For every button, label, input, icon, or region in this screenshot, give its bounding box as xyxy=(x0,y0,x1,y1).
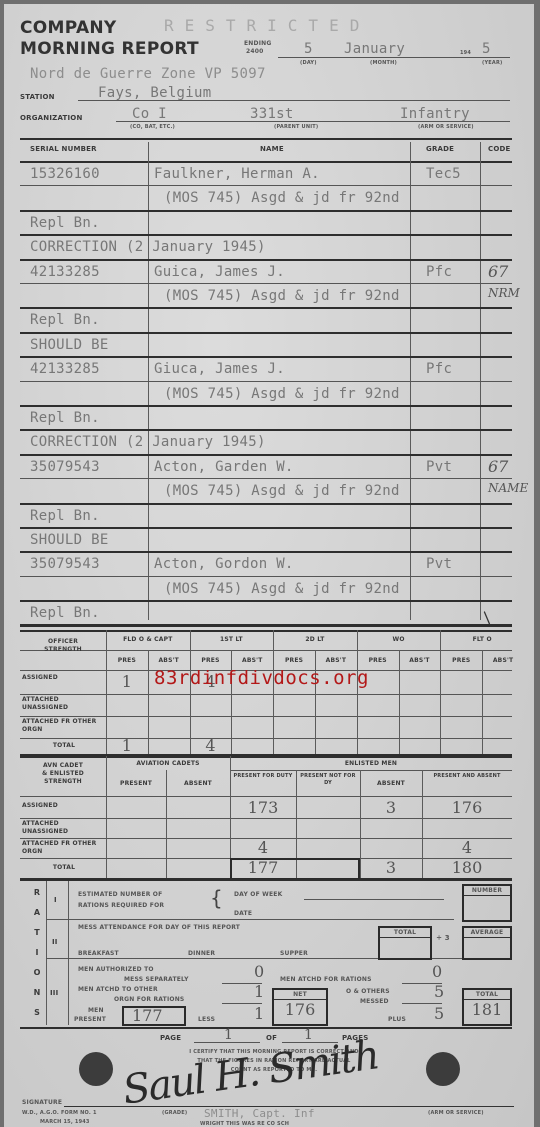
commanding-officer-signature: Saul H. Smith xyxy=(120,1032,381,1113)
roster-row: 15326160Faulkner, Herman A.Tec5 xyxy=(4,162,534,186)
date-label: DATE xyxy=(234,910,252,917)
pres-header: PRES xyxy=(106,657,148,664)
rations-side-letter: R xyxy=(32,888,42,897)
serial-cell: 42133285 xyxy=(30,264,148,280)
organization-label: ORGANIZATION xyxy=(20,114,83,122)
roster-row: (MOS 745) Asgd & jd fr 92ndNAME xyxy=(4,479,534,503)
name-cell: (MOS 745) Asgd & jd fr 92nd xyxy=(164,581,400,597)
grade-cell: Pfc xyxy=(426,361,452,377)
name-cell: Faulkner, Herman A. xyxy=(154,166,320,182)
abst-header: ABS'T xyxy=(482,657,524,664)
org-arm: Infantry xyxy=(400,106,470,122)
enlisted-col-header: ABSENT xyxy=(166,780,230,787)
enlisted-col-header: PRESENT NOT FOR DY xyxy=(296,773,360,787)
report-year-digit: 5 xyxy=(482,41,491,57)
enlisted-row-label: TOTAL xyxy=(22,864,106,872)
pres-header: PRES xyxy=(273,657,315,664)
est-rations-line2: RATIONS REQUIRED FOR xyxy=(78,902,164,909)
rations-side-letter: S xyxy=(32,1008,42,1017)
enlisted-strength-title: & ENLISTED xyxy=(20,770,106,777)
aviation-cadets-header: AVIATION CADETS xyxy=(106,760,230,767)
morning-report-page: COMPANY MORNING REPORT RESTRICTED ENDING… xyxy=(4,4,534,1127)
men-present-box[interactable]: 177 xyxy=(122,1006,186,1026)
name-cell: (MOS 745) Asgd & jd fr 92nd xyxy=(164,190,400,206)
abst-header: ABS'T xyxy=(399,657,441,664)
serial-cell: 15326160 xyxy=(30,166,148,182)
roster-row: 42133285Guica, James J.Pfc67 xyxy=(4,260,534,284)
officer-group-header: FLT O xyxy=(440,636,524,643)
plus-value: 5 xyxy=(434,1004,444,1023)
form-title-line1: COMPANY xyxy=(20,18,117,38)
enlisted-count: 4 xyxy=(422,838,512,857)
typed-name: SMITH, Capt. Inf xyxy=(204,1107,315,1120)
roster-row: 35079543Acton, Garden W.Pvt67 xyxy=(4,455,534,479)
rations-side-letter: A xyxy=(32,908,42,917)
rations-section-iii: III xyxy=(50,989,58,997)
enlisted-row-label: ASSIGNED xyxy=(22,802,106,810)
ending-label: ENDING xyxy=(244,40,271,47)
enlisted-row-label: ATTACHED FR OTHER ORGN xyxy=(22,840,106,856)
auth-mess-value: 0 xyxy=(254,962,264,981)
officer-strength-title: OFFICER xyxy=(20,638,106,645)
atchd-rations-value: 0 xyxy=(432,962,442,981)
officer-group-header: FLD O & CAPT xyxy=(106,636,190,643)
officer-count: 1 xyxy=(106,672,148,691)
enlisted-col-header: PRESENT AND ABSENT xyxy=(422,773,512,780)
enlisted-col-header: ABSENT xyxy=(360,780,422,787)
serial-cell: 35079543 xyxy=(30,459,148,475)
col-header-grade: GRADE xyxy=(426,145,454,153)
form-date: MARCH 15, 1943 xyxy=(40,1119,90,1125)
men-present-line1: MEN xyxy=(88,1007,104,1014)
serial-cell: Repl Bn. xyxy=(30,410,148,426)
enlisted-strength-title: STRENGTH xyxy=(20,778,106,785)
name-cell: (MOS 745) Asgd & jd fr 92nd xyxy=(164,288,400,304)
report-month: January xyxy=(344,41,405,57)
name-cell: Giuca, James J. xyxy=(154,361,285,377)
rations-section-ii: II xyxy=(52,938,58,946)
roster-row: Repl Bn. xyxy=(4,211,534,235)
year-caption: (YEAR) xyxy=(482,60,503,66)
name-cell: (MOS 745) Asgd & jd fr 92nd xyxy=(164,483,400,499)
total-rations-label: TOTAL xyxy=(464,990,510,1000)
roster-row: CORRECTION (2 January 1945) xyxy=(4,430,534,454)
page-value: 1 xyxy=(224,1027,233,1043)
station-value: Fays, Belgium xyxy=(98,85,211,101)
officer-group-header: WO xyxy=(357,636,441,643)
total-present-box xyxy=(230,858,360,880)
station-label: STATION xyxy=(20,93,55,101)
abst-header: ABS'T xyxy=(148,657,190,664)
officer-count: 4 xyxy=(190,736,232,755)
plus-label: PLUS xyxy=(388,1016,406,1023)
average-box[interactable]: AVERAGE xyxy=(462,926,512,960)
abst-header: ABS'T xyxy=(315,657,357,664)
enlisted-count: 176 xyxy=(422,798,512,817)
auth-mess-line2: MESS SEPARATELY xyxy=(124,976,189,983)
serial-cell: Repl Bn. xyxy=(30,605,148,621)
net-value: 176 xyxy=(274,1000,326,1020)
roster-row: Repl Bn. xyxy=(4,406,534,430)
grade-cell: Pvt xyxy=(426,556,452,572)
org-company: Co I xyxy=(132,106,167,122)
roster-row: Repl Bn. xyxy=(4,504,534,528)
officer-row-label: TOTAL xyxy=(22,742,106,750)
roster-row: SHOULD BE xyxy=(4,528,534,552)
atchd-other-line1: MEN ATCHD TO OTHER xyxy=(78,986,158,993)
others-line2: MESSED xyxy=(360,998,389,1005)
col-header-name: NAME xyxy=(260,145,284,153)
rations-side-letter: T xyxy=(32,928,42,937)
auth-mess-line1: MEN AUTHORIZED TO xyxy=(78,966,154,973)
grade-cell: Tec5 xyxy=(426,166,461,182)
of-label: OF xyxy=(266,1034,277,1042)
officer-strength-title-2: STRENGTH xyxy=(20,646,106,653)
grade-caption: (GRADE) xyxy=(162,1110,187,1116)
atchd-rations-label: MEN ATCHD FOR RATIONS xyxy=(280,976,372,983)
code-cell: NAME xyxy=(488,481,528,495)
abst-header: ABS'T xyxy=(231,657,273,664)
pres-header: PRES xyxy=(440,657,482,664)
average-box-label: AVERAGE xyxy=(464,928,510,938)
grade-cell: Pfc xyxy=(426,264,452,280)
serial-cell: CORRECTION (2 January 1945) xyxy=(30,434,266,450)
enlisted-count: 180 xyxy=(422,858,512,877)
enlisted-col-header: PRESENT xyxy=(106,780,166,787)
supper-label: SUPPER xyxy=(280,950,308,957)
signature-label: SIGNATURE xyxy=(22,1099,62,1106)
rations-side-letter: I xyxy=(32,948,42,957)
total-box[interactable]: TOTAL xyxy=(378,926,432,960)
form-title-line2: MORNING REPORT xyxy=(20,39,199,59)
divide-by-three: ÷ 3 xyxy=(436,934,450,942)
roster-row: (MOS 745) Asgd & jd fr 92nd xyxy=(4,186,534,210)
atchd-other-line2: ORGN FOR RATIONS xyxy=(114,996,184,1003)
org-company-caption: (CO, BAT, ETC.) xyxy=(130,124,175,130)
roster-row: (MOS 745) Asgd & jd fr 92nd xyxy=(4,577,534,601)
name-cell: Acton, Garden W. xyxy=(154,459,294,475)
punch-hole-right xyxy=(426,1052,460,1086)
station-extra: Nord de Guerre Zone VP 5097 xyxy=(30,66,266,82)
year-prefix: 194 xyxy=(460,50,471,56)
net-box-label: NET xyxy=(274,990,326,1000)
officer-count: 1 xyxy=(106,736,148,755)
enlisted-count: 4 xyxy=(230,838,296,857)
others-line1: O & OTHERS xyxy=(346,988,390,995)
men-present-value: 177 xyxy=(124,1008,184,1024)
enlisted-col-header: PRESENT FOR DUTY xyxy=(230,773,296,780)
net-box[interactable]: NET 176 xyxy=(272,988,328,1026)
enlisted-men-header: ENLISTED MEN xyxy=(230,760,512,767)
less-value: 1 xyxy=(254,1004,264,1023)
code-cell: 67 xyxy=(488,457,508,476)
enlisted-count: 3 xyxy=(360,798,422,817)
total-box-label: TOTAL xyxy=(380,928,430,938)
day-caption: (DAY) xyxy=(300,60,317,66)
men-present-line2: PRESENT xyxy=(74,1016,106,1023)
roster-row: (MOS 745) Asgd & jd fr 92nd xyxy=(4,382,534,406)
col-header-code: CODE xyxy=(488,145,510,153)
roster-row: (MOS 745) Asgd & jd fr 92ndNRM xyxy=(4,284,534,308)
officer-group-header: 1ST LT xyxy=(190,636,274,643)
serial-cell: 35079543 xyxy=(30,556,148,572)
breakfast-label: BREAKFAST xyxy=(78,950,119,957)
officer-row-label: ASSIGNED xyxy=(22,674,106,682)
name-cell: (MOS 745) Asgd & jd fr 92nd xyxy=(164,386,400,402)
roster-row: 42133285Giuca, James J.Pfc xyxy=(4,357,534,381)
roster-row: CORRECTION (2 January 1945) xyxy=(4,235,534,259)
number-box-label: NUMBER xyxy=(464,886,510,896)
report-day: 5 xyxy=(304,41,313,57)
officer-row-label: ATTACHED UNASSIGNED xyxy=(22,696,106,712)
code-cell: NRM xyxy=(488,286,520,300)
serial-cell: SHOULD BE xyxy=(30,337,148,353)
enlisted-strength-title: AVN CADET xyxy=(20,762,106,769)
enlisted-count: 3 xyxy=(360,858,422,877)
atchd-other-value: 1 xyxy=(254,982,264,1001)
serial-cell: Repl Bn. xyxy=(30,508,148,524)
ending-time-label: 2400 xyxy=(246,48,264,55)
classification-stamp: RESTRICTED xyxy=(164,16,370,35)
grade-cell: Pvt xyxy=(426,459,452,475)
roster-row: 35079543Acton, Gordon W.Pvt xyxy=(4,552,534,576)
serial-cell: 42133285 xyxy=(30,361,148,377)
code-cell: 67 xyxy=(488,262,508,281)
pres-header: PRES xyxy=(357,657,399,664)
officer-row-label: ATTACHED FR OTHER ORGN xyxy=(22,718,106,734)
col-header-serial: SERIAL NUMBER xyxy=(30,145,97,153)
org-arm-caption: (ARM OR SERVICE) xyxy=(418,124,474,130)
org-parent-caption: (PARENT UNIT) xyxy=(274,124,318,130)
est-rations-line1: ESTIMATED NUMBER OF xyxy=(78,891,162,898)
watermark: 83rdinfdivdocs.org xyxy=(154,667,369,689)
serial-cell: CORRECTION (2 January 1945) xyxy=(30,239,266,255)
org-parent-unit: 331st xyxy=(250,106,294,122)
serial-cell: SHOULD BE xyxy=(30,532,148,548)
dinner-label: DINNER xyxy=(188,950,215,957)
rations-side-letter: N xyxy=(32,988,42,997)
commanding-caption: WRIGHT THIS WAS RE CO SCH xyxy=(200,1121,289,1127)
punch-hole-left xyxy=(79,1052,113,1086)
enlisted-count: 173 xyxy=(230,798,296,817)
total-rations-box[interactable]: TOTAL 181 xyxy=(462,988,512,1026)
enlisted-row-label: ATTACHED UNASSIGNED xyxy=(22,820,106,836)
total-rations-value: 181 xyxy=(464,1000,510,1020)
name-cell: Guica, James J. xyxy=(154,264,285,280)
page-label: PAGE xyxy=(160,1034,181,1042)
name-cell: Acton, Gordon W. xyxy=(154,556,294,572)
serial-cell: Repl Bn. xyxy=(30,215,148,231)
roster-row: Repl Bn. xyxy=(4,308,534,332)
rations-side-letter: O xyxy=(32,968,42,977)
pres-header: PRES xyxy=(190,657,232,664)
less-label: LESS xyxy=(198,1016,215,1023)
form-number: W.D., A.G.O. FORM NO. 1 xyxy=(22,1110,97,1116)
number-box[interactable]: NUMBER xyxy=(462,884,512,922)
arm-caption: (ARM OR SERVICE) xyxy=(428,1110,484,1116)
roster-row: SHOULD BE xyxy=(4,333,534,357)
month-caption: (MONTH) xyxy=(370,60,397,66)
rations-section-i: I xyxy=(54,896,57,904)
serial-cell: Repl Bn. xyxy=(30,312,148,328)
others-value: 5 xyxy=(434,982,444,1001)
mess-attendance-label: MESS ATTENDANCE FOR DAY OF THIS REPORT xyxy=(78,924,240,931)
roster-row: Repl Bn. xyxy=(4,601,534,625)
officer-group-header: 2D LT xyxy=(273,636,357,643)
day-of-week-label: DAY OF WEEK xyxy=(234,891,282,898)
